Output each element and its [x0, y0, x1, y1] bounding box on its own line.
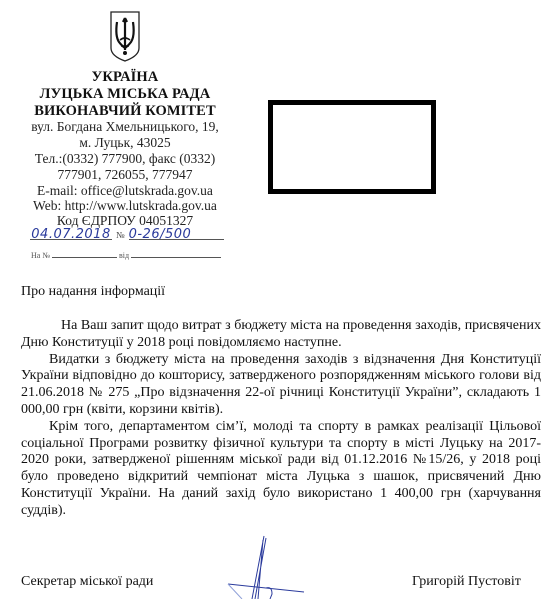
body-paragraph: Видатки з бюджету міста на проведення за… — [21, 352, 541, 419]
letter-body: На Ваш запит щодо витрат з бюджету міста… — [21, 318, 541, 520]
number-sign: № — [116, 230, 125, 240]
redacted-recipient-box — [268, 100, 436, 194]
registration-line: 04.07.2018 № 0-26/500 — [30, 225, 230, 243]
registration-number: 0-26/500 — [129, 227, 192, 242]
signatory-position: Секретар міської ради — [21, 574, 153, 590]
body-paragraph: На Ваш запит щодо витрат з бюджету міста… — [21, 318, 541, 352]
address-street: вул. Богдана Хмельницького, 19, — [0, 119, 250, 136]
signatory-name: Григорій Пустовіт — [412, 574, 521, 590]
handwritten-signature-icon — [222, 534, 312, 599]
trident-coat-of-arms-icon — [109, 10, 141, 63]
committee-title: ВИКОНАВЧИЙ КОМІТЕТ — [0, 103, 250, 119]
country-title: УКРАЇНА — [0, 69, 250, 85]
letter-subject: Про надання інформації — [21, 284, 165, 300]
address-phone-2: 777901, 726055, 777947 — [0, 167, 250, 184]
registration-date: 04.07.2018 — [31, 227, 110, 242]
address-city: м. Луцьк, 43025 — [0, 135, 250, 152]
address-phone: Тел.:(0332) 777900, факс (0332) — [0, 151, 250, 168]
council-title: ЛУЦЬКА МІСЬКА РАДА — [0, 86, 250, 102]
body-paragraph: Крім того, департаментом сім’ї, молоді т… — [21, 419, 541, 520]
reply-date-label: від — [119, 251, 129, 260]
reply-number-label: На № — [31, 251, 50, 260]
reply-reference-line: На № від — [31, 250, 231, 260]
